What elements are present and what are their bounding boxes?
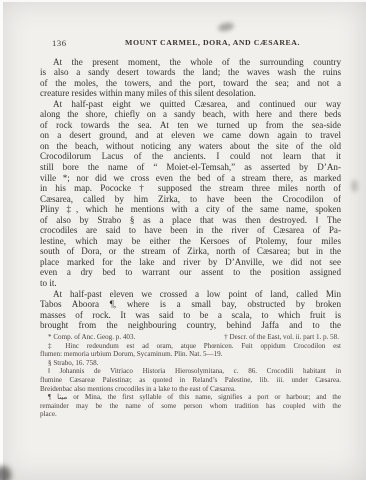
text-line: masses of rock. It was said to be a scal… [40, 310, 341, 321]
scanned-page: 136 MOUNT CARMEL, DORA, AND CÆSAREA. At … [0, 0, 366, 480]
text-line: At half-past eleven we crossed a low poi… [40, 289, 341, 300]
text-line: At the present moment, the whole of the … [40, 57, 341, 68]
page-edge [0, 0, 3, 480]
text-line: Tabos Aboora ¶, where is a small bay, ob… [40, 299, 341, 310]
text-line: brought from the neighbouring country, b… [40, 320, 341, 331]
footnote-line: ‖ Johannis de Vitriaco Historia Hierosol… [40, 367, 341, 376]
text-line: along the shore, chiefly on a sandy beac… [40, 109, 341, 120]
footnote-line: * Comp. of Anc. Geog. p. 403.† Descr. of… [40, 333, 341, 342]
footnote-line: Breidenbac also mentions crocodiles in a… [40, 385, 341, 394]
text-line: even a dry bed to warrant our assent to … [40, 267, 341, 278]
text-line: of also by Strabo § as a place that was … [40, 215, 341, 226]
text-line: place marked for the lake and river by D… [40, 257, 341, 268]
text-line: south of Dora, or the stream of Zirka, n… [40, 246, 341, 257]
scan-artifact [217, 21, 234, 32]
text-line: creature resides within many miles of th… [40, 88, 341, 99]
text-line: still bore the name of “ Moiet-el-Temsah… [40, 162, 341, 173]
text-line: Crocodilorum Lacus of the ancients. I co… [40, 151, 341, 162]
text-line: on a desert ground, and at eleven we cam… [40, 130, 341, 141]
footnote-line: flumine Cæsareæ Palestinæ; as quoted in … [40, 376, 341, 385]
paragraph: At half-past eleven we crossed a low poi… [40, 289, 341, 331]
footnote-line: remainder may be the name of some person… [40, 402, 341, 411]
body-text: At the present moment, the whole of the … [40, 57, 341, 331]
text-line: lestine, which may be either the Kersoes… [40, 236, 341, 247]
text-line: is also a sandy desert towards the land;… [40, 67, 341, 78]
text-line: ville *; nor did we cross even the bed o… [40, 173, 341, 184]
footnote-line: § Strabo, 16. 758. [40, 359, 341, 368]
text-line: At half-past eight we quitted Cæsarea, a… [40, 99, 341, 110]
scan-artifact [351, 180, 358, 192]
footnote-line: flumen: memoria urbium Dorum, Sycaminum.… [40, 350, 341, 359]
page-edge [0, 0, 366, 2]
footnote-line: ¶ مينا or Mina, the first syllable of th… [40, 393, 341, 402]
footnote-line: place. [40, 410, 341, 419]
text-line: to it. [40, 278, 341, 289]
running-title: MOUNT CARMEL, DORA, AND CÆSAREA. [62, 38, 363, 47]
text-line: in his map. Pococke † supposed the strea… [40, 183, 341, 194]
footnotes: * Comp. of Anc. Geog. p. 403.† Descr. of… [40, 333, 341, 419]
page-header: 136 MOUNT CARMEL, DORA, AND CÆSAREA. [40, 38, 341, 49]
paragraph: At the present moment, the whole of the … [40, 57, 341, 99]
footnote-line: ‡ Hinc redeundum est ad oram, atque Phœn… [40, 342, 341, 351]
footnote-ref: * Comp. of Anc. Geog. p. 403. [48, 333, 135, 342]
text-line: on the beach, without noticing any water… [40, 141, 341, 152]
text-line: Cæsarea, called by him Zirka, to have be… [40, 194, 341, 205]
text-line: Pliny ‡, which he mentions with a city o… [40, 204, 341, 215]
paragraph: At half-past eight we quitted Cæsarea, a… [40, 99, 341, 289]
text-line: of rock towards the sea. At ten we turne… [40, 120, 341, 131]
footnote-ref: † Descr. of the East, vol. ii. part 1. p… [224, 333, 339, 342]
scan-artifact [0, 466, 11, 480]
text-line: crocodiles are said to have been in the … [40, 225, 341, 236]
text-line: of the moles, the towers, and the port, … [40, 78, 341, 89]
